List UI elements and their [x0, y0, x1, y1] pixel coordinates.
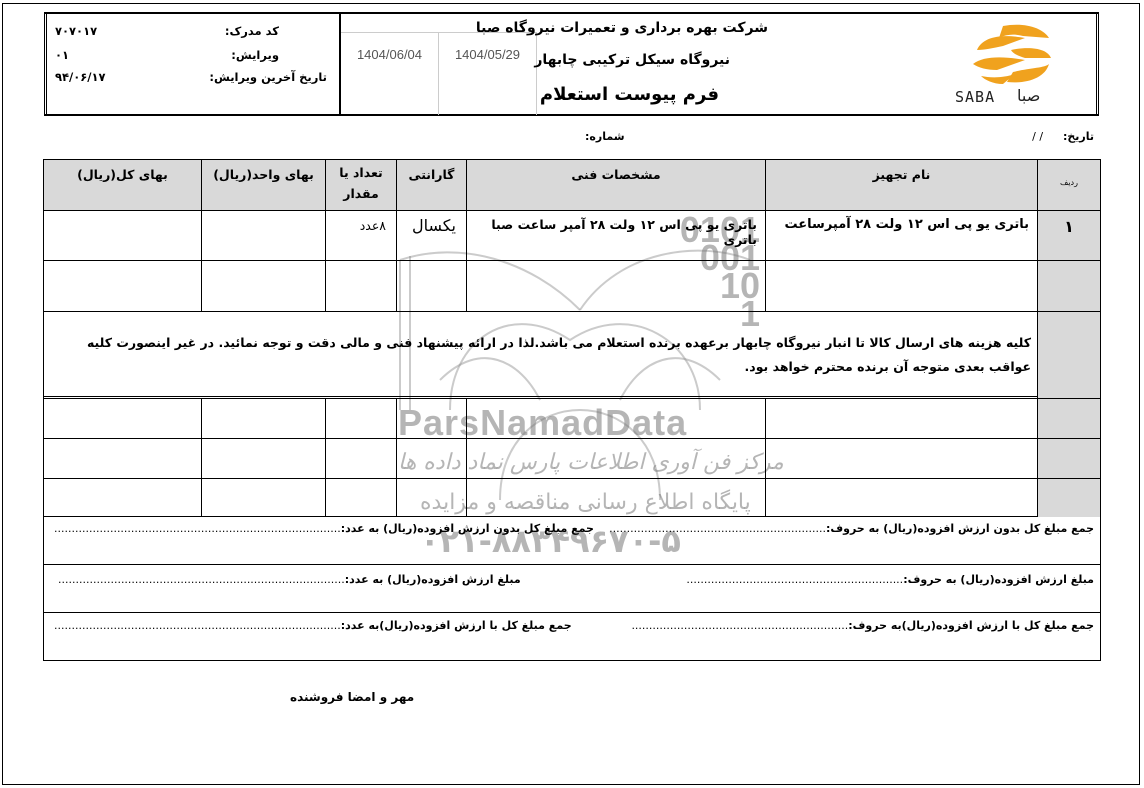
vat-amount-words-label: مبلغ ارزش افزوده(ریال) به حروف:	[903, 573, 1094, 586]
last-revision-date-label: تاریخ آخرین ویرایش:	[209, 70, 327, 84]
empty-cell	[765, 478, 1037, 517]
empty-cell	[325, 398, 396, 438]
total-without-vat-words-field[interactable]: جمع مبلغ کل بدون ارزش افزوده(ریال) به حر…	[609, 522, 1094, 535]
form-title: فرم پیوست استعلام	[540, 84, 719, 105]
empty-cell	[466, 260, 765, 311]
date-stamp-1: 1404/06/04	[341, 33, 439, 115]
revision-label: ویرایش:	[231, 48, 279, 62]
doc-code-value: ۷۰۷۰۱۷	[55, 24, 97, 38]
seller-signature-label: مهر و امضا فروشنده	[290, 690, 414, 704]
empty-cell	[44, 438, 201, 478]
total-without-vat-number-label: جمع مبلغ کل بدون ارزش افزوده(ریال) به عد…	[341, 522, 594, 535]
vat-amount-number-field[interactable]: مبلغ ارزش افزوده(ریال) به عدد:..........…	[58, 573, 521, 586]
empty-cell	[466, 478, 765, 517]
vat-amount-row: مبلغ ارزش افزوده(ریال) به حروف:.........…	[44, 565, 1100, 613]
empty-cell	[44, 260, 201, 311]
cell-specs: باتری یو پی اس ۱۲ ولت ۲۸ آمپر ساعت صبا ب…	[466, 210, 765, 260]
date-stamp-2: 1404/05/29	[439, 33, 537, 115]
total-with-vat-row: جمع مبلغ کل با ارزش افزوده(ریال)به حروف:…	[44, 613, 1100, 661]
title-block: شرکت بهره برداری و تعمیرات نیروگاه صبا ن…	[537, 14, 972, 114]
fill-dots: ........................................…	[631, 619, 848, 632]
total-with-vat-number-label: جمع مبلغ کل با ارزش افزوده(ریال)به عدد:	[341, 619, 572, 632]
total-with-vat-number-field[interactable]: جمع مبلغ کل با ارزش افزوده(ریال)به عدد:.…	[54, 619, 572, 632]
total-with-vat-words-label: جمع مبلغ کل با ارزش افزوده(ریال)به حروف:	[848, 619, 1094, 632]
last-revision-date-row: تاریخ آخرین ویرایش: ۹۴/۰۶/۱۷	[55, 70, 327, 90]
cell-unit-price[interactable]	[201, 210, 325, 260]
empty-cell	[325, 260, 396, 311]
fill-dots: ........................................…	[686, 573, 903, 586]
items-table: بهای کل(ریال) بهای واحد(ریال) تعداد یا م…	[43, 159, 1101, 517]
cell-equipment-name: باتری یو پی اس ۱۲ ولت ۲۸ آمپرساعت	[765, 210, 1037, 260]
empty-cell	[44, 398, 201, 438]
date-value: / /	[1032, 130, 1043, 143]
revision-value: ۰۱	[55, 48, 69, 62]
plant-name: نیروگاه سیکل ترکیبی چابهار	[534, 52, 730, 68]
total-with-vat-words-field[interactable]: جمع مبلغ کل با ارزش افزوده(ریال)به حروف:…	[631, 619, 1094, 632]
empty-cell	[201, 398, 325, 438]
col-header-specs: مشخصات فنی	[466, 159, 765, 210]
shipping-notice: کلیه هزینه های ارسال کالا تا انبار نیروگ…	[44, 311, 1037, 397]
fill-dots: ........................................…	[609, 522, 826, 535]
col-header-row: ردیف	[1037, 159, 1100, 210]
totals-section: جمع مبلغ کل بدون ارزش افزوده(ریال) به حر…	[43, 517, 1101, 661]
empty-cell	[466, 438, 765, 478]
empty-cell	[765, 260, 1037, 311]
number-field: شماره:	[585, 130, 625, 143]
doc-code-row: کد مدرک: ۷۰۷۰۱۷	[55, 24, 327, 44]
date-label: تاریخ:	[1063, 130, 1094, 143]
total-without-vat-words-label: جمع مبلغ کل بدون ارزش افزوده(ریال) به حر…	[826, 522, 1094, 535]
col-header-quantity: تعداد یا مقدار	[325, 159, 396, 210]
empty-cell	[201, 260, 325, 311]
logo-latin-text: SABA	[955, 88, 995, 106]
empty-cell	[396, 478, 466, 517]
total-without-vat-number-field[interactable]: جمع مبلغ کل بدون ارزش افزوده(ریال) به عد…	[54, 522, 594, 535]
cell-quantity: ۸عدد	[325, 210, 396, 260]
vat-amount-words-field[interactable]: مبلغ ارزش افزوده(ریال) به حروف:.........…	[686, 573, 1094, 586]
number-label: شماره:	[585, 130, 625, 143]
cell-row-number: ۱	[1037, 210, 1100, 260]
col-header-unit-price: بهای واحد(ریال)	[201, 159, 325, 210]
row-number-empty	[1037, 478, 1100, 517]
empty-cell	[396, 438, 466, 478]
empty-cell	[765, 398, 1037, 438]
empty-cell	[396, 398, 466, 438]
empty-cell	[466, 398, 765, 438]
empty-cell	[201, 478, 325, 517]
document-header: کد مدرک: ۷۰۷۰۱۷ ویرایش: ۰۱ تاریخ آخرین و…	[44, 12, 1099, 116]
empty-cell	[396, 260, 466, 311]
company-name: شرکت بهره برداری و تعمیرات نیروگاه صبا	[476, 20, 768, 36]
fill-dots: ........................................…	[58, 573, 345, 586]
fill-dots: ........................................…	[54, 522, 341, 535]
date-stamps: 1404/06/04 1404/05/29	[341, 32, 537, 114]
total-without-vat-row: جمع مبلغ کل بدون ارزش افزوده(ریال) به حر…	[44, 517, 1100, 565]
revision-row: ویرایش: ۰۱	[55, 48, 327, 68]
saba-logo-icon	[963, 20, 1063, 90]
cell-warranty: یکسال	[396, 210, 466, 260]
col-header-equipment-name: نام تجهیز	[765, 159, 1037, 210]
row-number-empty	[1037, 311, 1100, 398]
logo-persian-text: صبا	[1017, 86, 1040, 105]
empty-cell	[325, 438, 396, 478]
empty-cell	[44, 478, 201, 517]
date-field: تاریخ: / /	[1032, 130, 1094, 143]
vat-amount-number-label: مبلغ ارزش افزوده(ریال) به عدد:	[345, 573, 521, 586]
fill-dots: ........................................…	[54, 619, 341, 632]
last-revision-date-value: ۹۴/۰۶/۱۷	[55, 70, 106, 84]
empty-cell	[765, 438, 1037, 478]
col-header-warranty: گارانتی	[396, 159, 466, 210]
cell-total-price[interactable]	[44, 210, 201, 260]
row-number-empty	[1037, 438, 1100, 478]
document-info-box: کد مدرک: ۷۰۷۰۱۷ ویرایش: ۰۱ تاریخ آخرین و…	[44, 14, 341, 114]
saba-logo: SABA صبا	[933, 14, 1099, 114]
row-number-empty	[1037, 398, 1100, 438]
empty-cell	[201, 438, 325, 478]
col-header-total-price: بهای کل(ریال)	[44, 159, 201, 210]
row-number-empty	[1037, 260, 1100, 311]
doc-code-label: کد مدرک:	[225, 24, 279, 38]
empty-cell	[325, 478, 396, 517]
